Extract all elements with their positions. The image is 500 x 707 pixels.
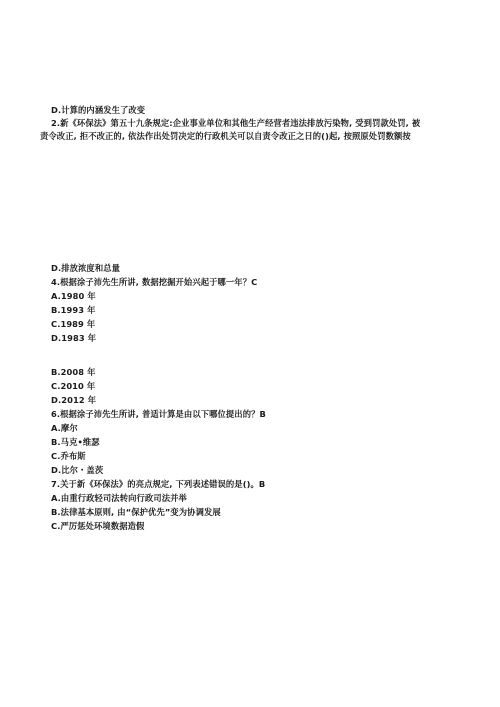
text-line-q4: 4.根据涂子沛先生所讲, 数据挖掘开始兴起于哪一年？C bbox=[51, 276, 257, 288]
text-line-q5-c: C.2010 年 bbox=[51, 380, 95, 392]
text-line-q4-a: A.1980 年 bbox=[51, 290, 96, 302]
text-line-q4-c: C.1989 年 bbox=[51, 318, 95, 330]
text-line-q7-b: B.法律基本原则, 由“保护优先”变为协调发展 bbox=[51, 506, 221, 518]
text-line-q6-d: D.比尔・盖茨 bbox=[51, 464, 103, 476]
text-line-q7: 7.关于新《环保法》的亮点规定, 下列表述错误的是()。B bbox=[51, 478, 265, 490]
text-line-q2-line2: 责令改正, 拒不改正的, 依法作出处罚决定的行政机关可以自责令改正之日的()起,… bbox=[40, 130, 411, 142]
text-line-q5-d: D.2012 年 bbox=[51, 394, 96, 406]
text-line-q6-c: C.乔布斯 bbox=[51, 450, 86, 462]
text-line-q6-a: A.摩尔 bbox=[51, 422, 78, 434]
text-line-q1-d: D.计算的内涵发生了改变 bbox=[51, 104, 145, 116]
text-line-q2-line1: 2.新《环保法》第五十九条规定:企业事业单位和其他生产经营者违法排放污染物, 受… bbox=[51, 117, 420, 129]
text-line-q7-a: A.由重行政轻司法转向行政司法并举 bbox=[51, 492, 187, 504]
text-line-q4-b: B.1993 年 bbox=[51, 304, 96, 316]
text-line-q6-b: B.马克•维瑟 bbox=[51, 436, 100, 448]
text-line-q4-d: D.1983 年 bbox=[51, 332, 96, 344]
text-line-q6: 6.根据涂子沛先生所讲, 普适计算是由以下哪位提出的？B bbox=[51, 408, 266, 420]
text-line-q3-d: D.排放浓度和总量 bbox=[51, 262, 120, 274]
text-line-q5-b: B.2008 年 bbox=[51, 366, 96, 378]
text-line-q7-c: C.严厉惩处环境数据造假 bbox=[51, 520, 144, 532]
